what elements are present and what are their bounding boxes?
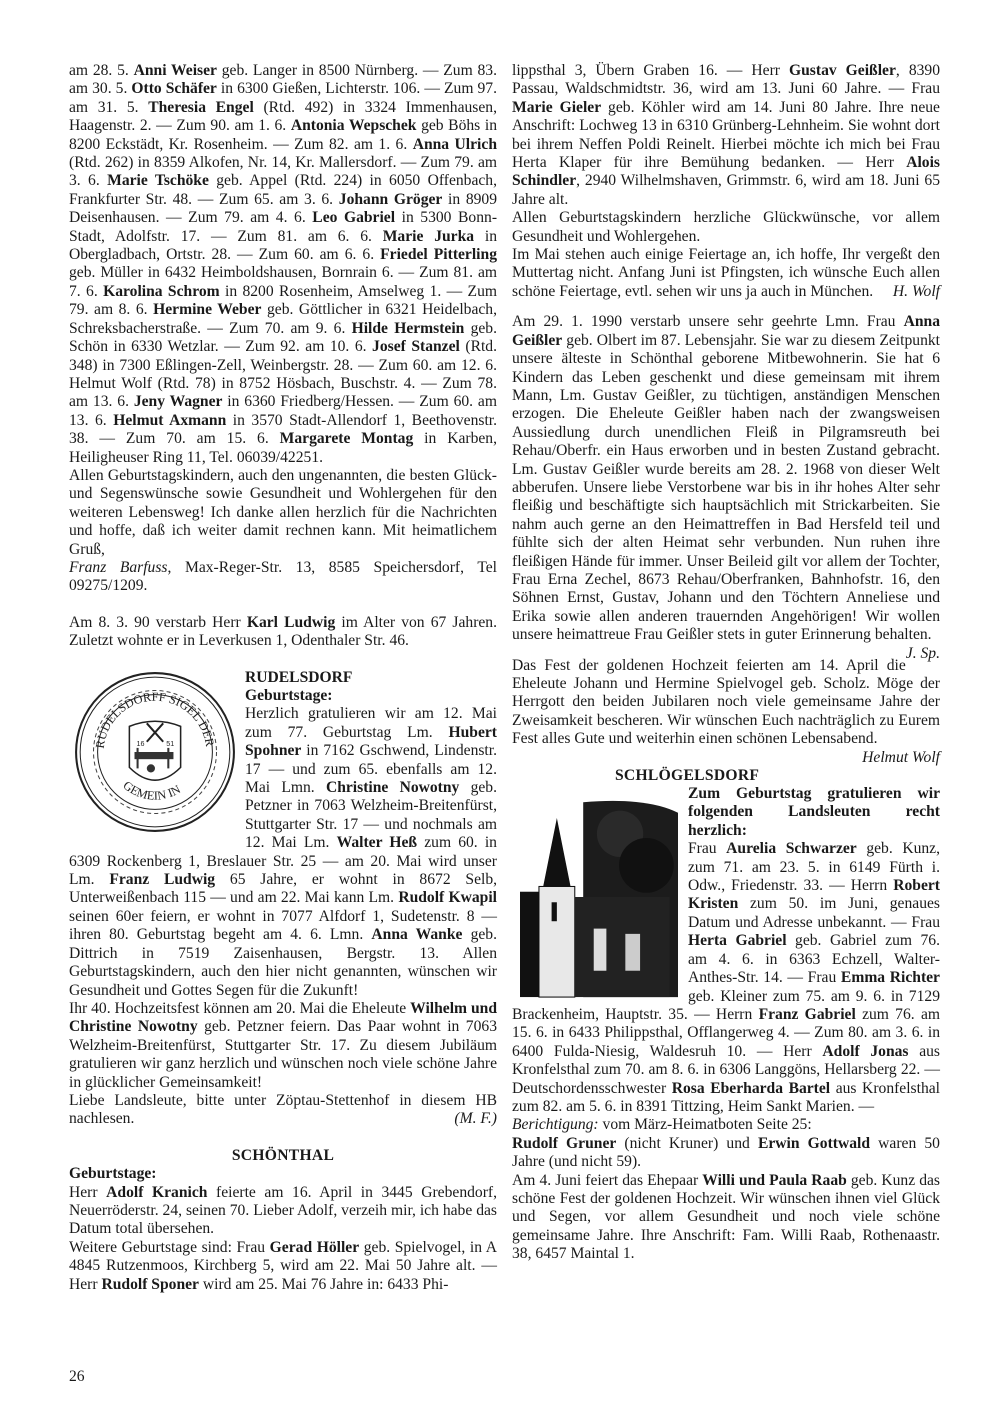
note-signature: (M. F.) xyxy=(454,1110,497,1128)
church-image-icon xyxy=(520,791,678,1003)
seal-icon: RUDELSDORFF SIGEL DER GEMEIN IN 16 51 xyxy=(73,669,237,835)
page-number: 26 xyxy=(69,1368,85,1386)
schoenthal-title: SCHÖNTHAL xyxy=(69,1147,497,1165)
wishes-paragraph-right: Allen Geburtstagskindern herzliche Glück… xyxy=(512,209,940,246)
schloegelsdorf-title: SCHLÖGELSDORF xyxy=(512,767,940,785)
signature-line: Franz Barfuss, Max-Reger-Str. 13, 8585 S… xyxy=(69,559,497,596)
wishes-paragraph: Allen Geburtstagskindern, auch den ungen… xyxy=(69,467,497,559)
birthday-list-paragraph: am 28. 5. Anni Weiser geb. Langer in 850… xyxy=(69,62,497,467)
golden-wedding-paragraph: Das Fest der goldenen Hochzeit feierten … xyxy=(512,657,940,749)
obituary-karl-ludwig: Am 8. 3. 90 verstarb Herr Karl Ludwig im… xyxy=(69,614,497,651)
golden-wedding-signature: Helmut Wolf xyxy=(862,749,940,767)
schoenthal-p2: Weitere Geburtstage sind: Frau Gerad Höl… xyxy=(69,1239,497,1294)
svg-text:51: 51 xyxy=(166,739,174,747)
rudelsdorf-anniversary: Ihr 40. Hochzeitsfest können am 20. Mai … xyxy=(69,1000,497,1092)
holidays-signature: H. Wolf xyxy=(893,283,940,301)
schoenthal-p1: Herr Adolf Kranich feierte am 16. April … xyxy=(69,1184,497,1239)
holidays-paragraph: Im Mai stehen auch einige Feiertage an, … xyxy=(512,246,940,301)
rudelsdorf-seal-image: RUDELSDORFF SIGEL DER GEMEIN IN 16 51 xyxy=(73,669,237,835)
svg-text:GEMEIN IN: GEMEIN IN xyxy=(120,778,183,803)
correction-line: Berichtigung: vom März-Heimatboten Seite… xyxy=(512,1116,940,1134)
raab-golden-wedding: Am 4. Juni feiert das Ehepaar Willi und … xyxy=(512,1172,940,1264)
signature-name: Franz Barfuss xyxy=(69,559,168,576)
schoenthal-subtitle: Geburtstage: xyxy=(69,1165,497,1183)
left-column: am 28. 5. Anni Weiser geb. Langer in 850… xyxy=(69,62,497,1294)
svg-text:RUDELSDORFF SIGEL DER: RUDELSDORFF SIGEL DER xyxy=(93,689,217,749)
obituary-anna-geissler: Am 29. 1. 1990 verstarb unsere sehr geeh… xyxy=(512,313,940,644)
right-column: lippsthal 3, Übern Graben 16. — Herr Gus… xyxy=(512,62,940,1264)
svg-text:16: 16 xyxy=(137,739,145,747)
continuation-paragraph: lippsthal 3, Übern Graben 16. — Herr Gus… xyxy=(512,62,940,209)
church-photo xyxy=(520,791,678,1003)
correction-label: Berichtigung: xyxy=(512,1116,599,1133)
rudelsdorf-note: Liebe Landsleute, bitte unter Zöptau-Ste… xyxy=(69,1092,497,1129)
correction-detail: Rudolf Gruner (nicht Kruner) und Erwin G… xyxy=(512,1135,940,1172)
obituary-signature: J. Sp. xyxy=(906,645,940,663)
